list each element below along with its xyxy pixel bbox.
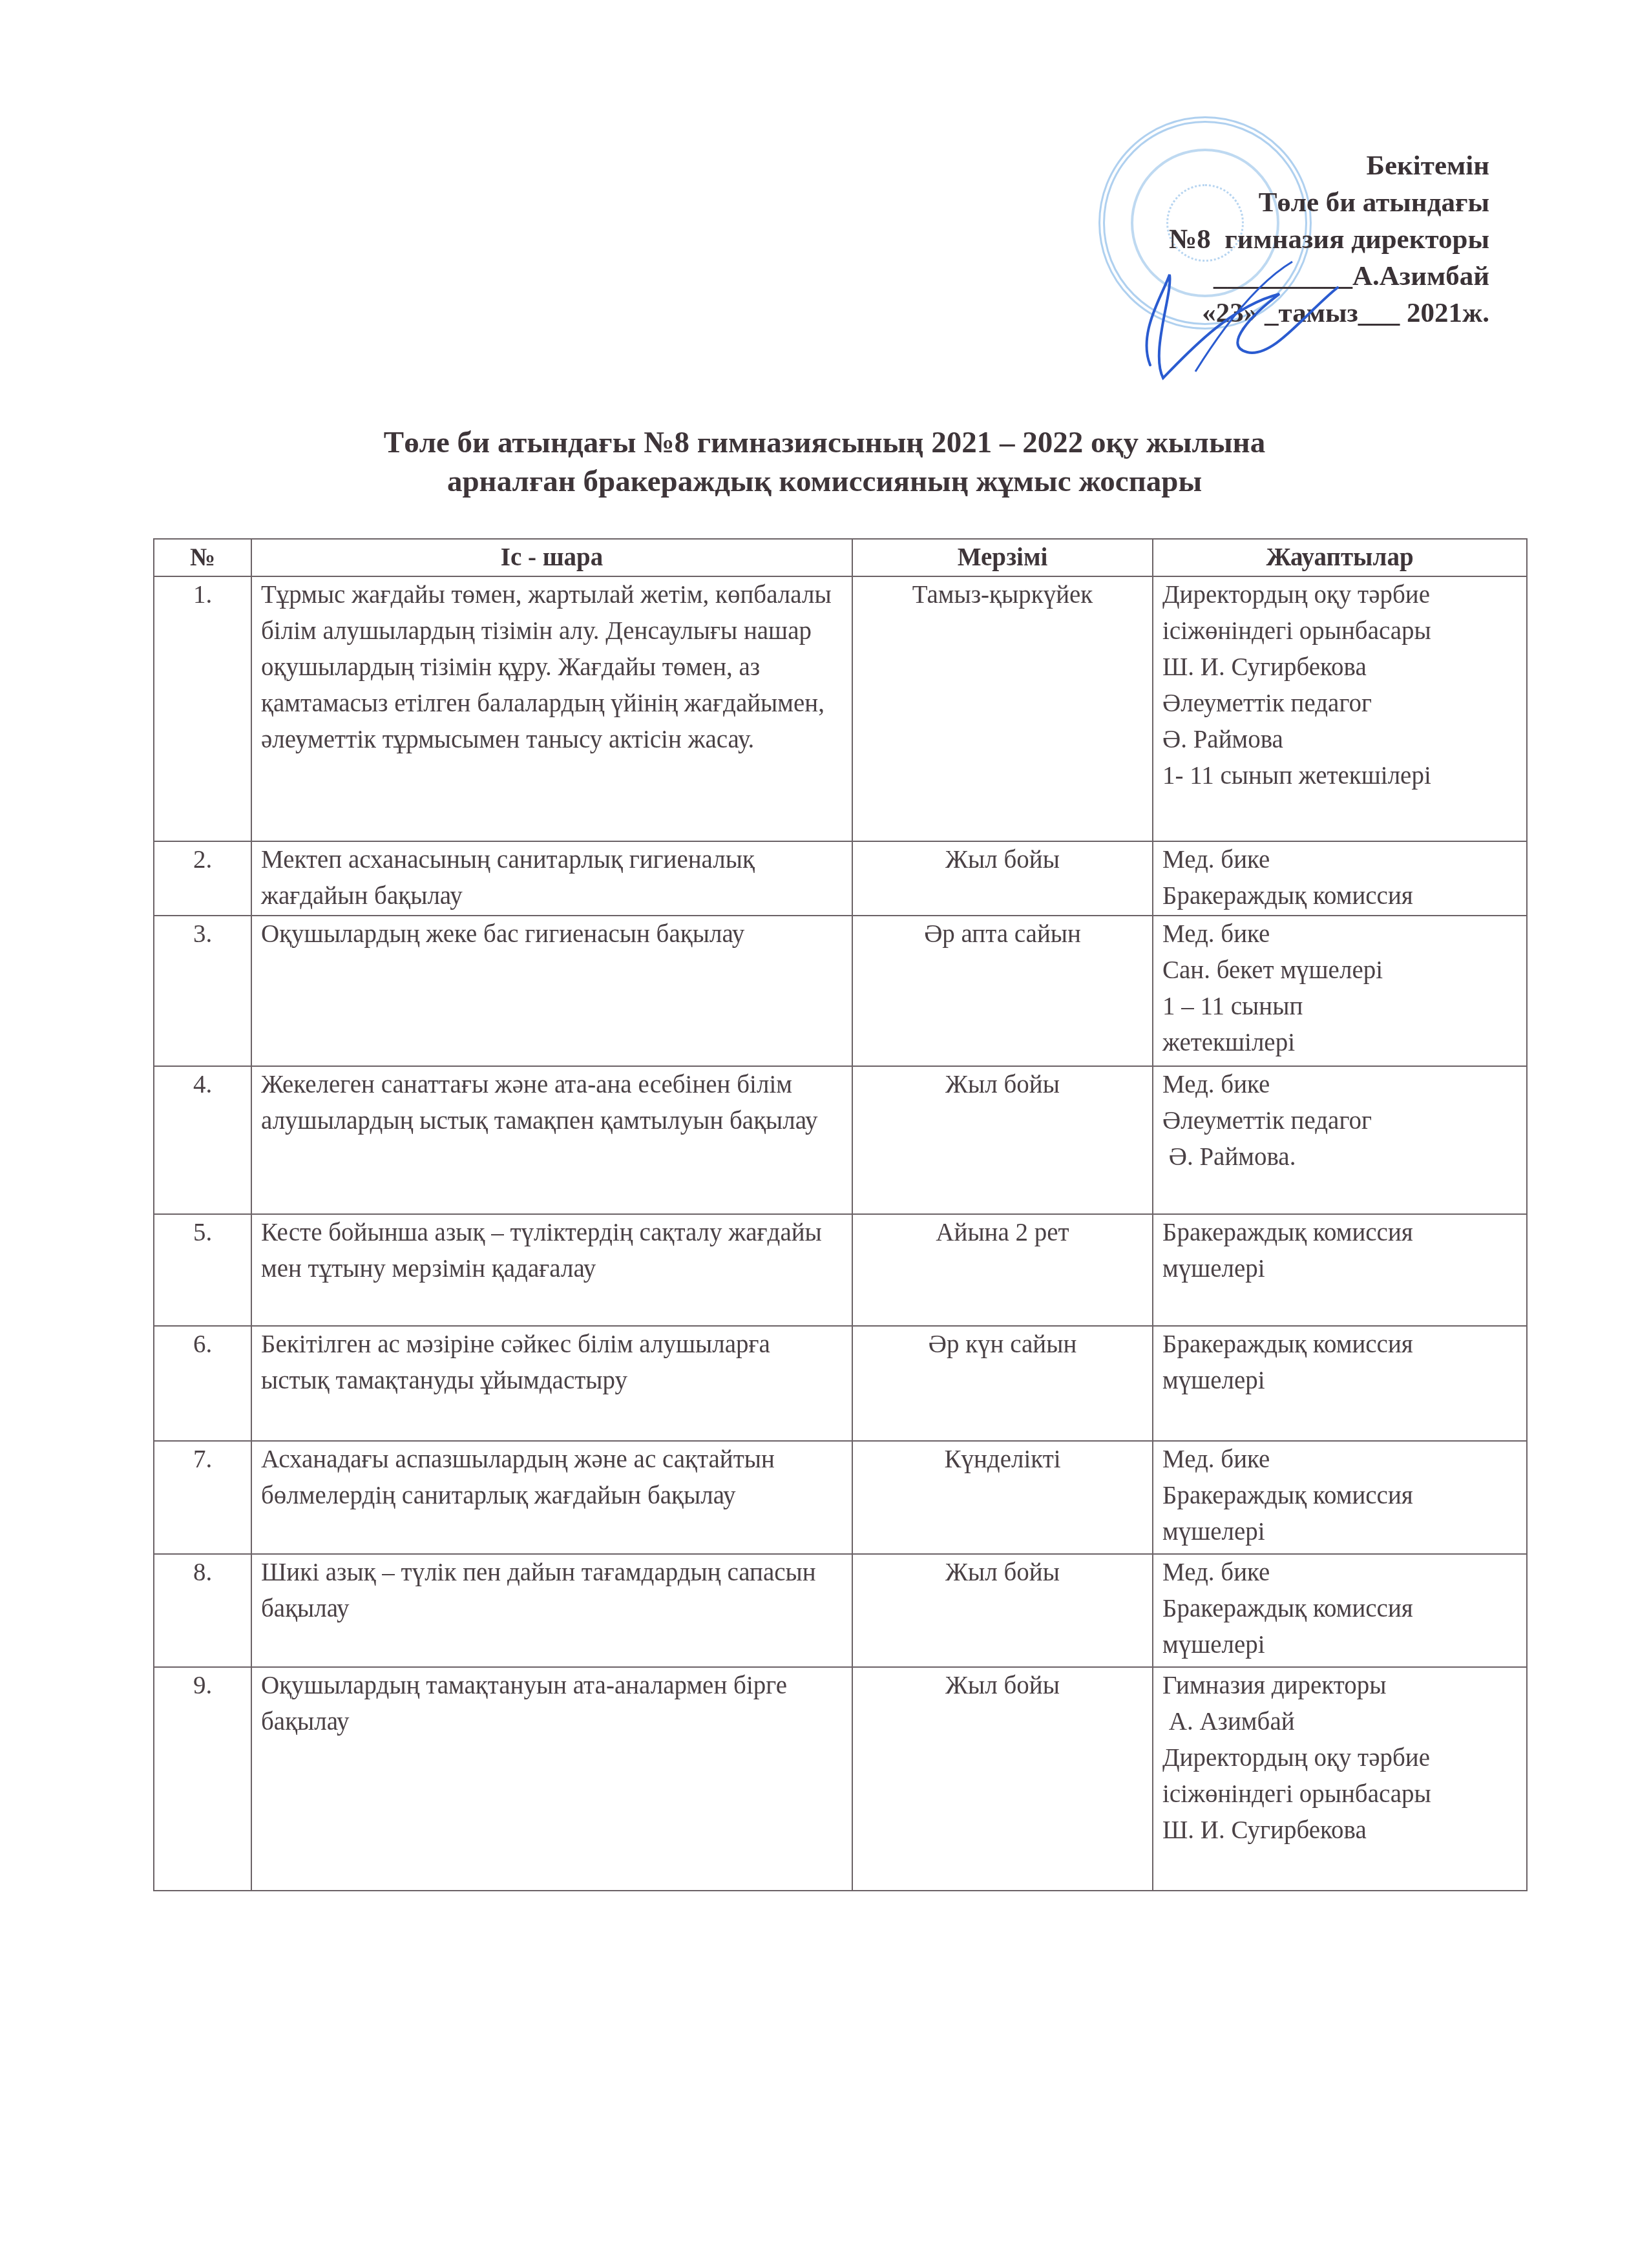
row-responsible: Мед. бикеБракераждық комиссиямүшелері: [1153, 1554, 1527, 1667]
row-activity: Оқушылардың тамақтануын ата-аналармен бі…: [251, 1667, 852, 1891]
responsible-line: мүшелері: [1162, 1363, 1517, 1399]
responsible-line: ісіжөніндегі орынбасары: [1162, 613, 1517, 649]
header-term: Мерзімі: [852, 539, 1153, 576]
table-row: 1.Тұрмыс жағдайы төмен, жартылай жетім, …: [154, 576, 1527, 841]
row-activity: Кесте бойынша азық – түліктердің сақталу…: [251, 1214, 852, 1326]
table-row: 4.Жекелеген санаттағы және ата-ана есебі…: [154, 1066, 1527, 1214]
signature-icon: [1124, 255, 1357, 384]
row-activity: Жекелеген санаттағы және ата-ана есебіне…: [251, 1066, 852, 1214]
header-responsible: Жауаптылар: [1153, 539, 1527, 576]
responsible-line: Бракераждық комиссия: [1162, 1215, 1517, 1251]
row-term: Жыл бойы: [852, 1554, 1153, 1667]
row-activity: Шикі азық – түлік пен дайын тағамдардың …: [251, 1554, 852, 1667]
row-number: 8.: [154, 1554, 251, 1667]
responsible-line: 1 – 11 сынып: [1162, 989, 1517, 1025]
responsible-line: Әлеуметтік педагог: [1162, 686, 1517, 722]
row-number: 2.: [154, 841, 251, 916]
responsible-line: Директордың оқу тәрбие: [1162, 1740, 1517, 1776]
row-responsible: Бракераждық комиссиямүшелері: [1153, 1214, 1527, 1326]
approval-line: №8 гимназия директоры: [1169, 221, 1489, 258]
header-activity: Іс - шара: [251, 539, 852, 576]
table-row: 3.Оқушылардың жеке бас гигиенасын бақыла…: [154, 916, 1527, 1066]
responsible-line: Әлеуметтік педагог: [1162, 1103, 1517, 1139]
responsible-line: Бракераждық комиссия: [1162, 878, 1517, 914]
responsible-line: А. Азимбай: [1162, 1704, 1517, 1740]
row-responsible: Директордың оқу тәрбиеісіжөніндегі орынб…: [1153, 576, 1527, 841]
title-line-1: Төле би атындағы №8 гимназиясының 2021 –…: [0, 423, 1649, 462]
responsible-line: 1- 11 сынып жетекшілері: [1162, 758, 1517, 794]
responsible-line: Мед. бике: [1162, 1067, 1517, 1103]
table-row: 5.Кесте бойынша азық – түліктердің сақта…: [154, 1214, 1527, 1326]
responsible-line: Мед. бике: [1162, 842, 1517, 878]
row-term: Әр күн сайын: [852, 1326, 1153, 1441]
table-row: 8.Шикі азық – түлік пен дайын тағамдарды…: [154, 1554, 1527, 1667]
row-responsible: Мед. бикеБракераждық комиссия: [1153, 841, 1527, 916]
responsible-line: ісіжөніндегі орынбасары: [1162, 1776, 1517, 1812]
row-activity: Тұрмыс жағдайы төмен, жартылай жетім, кө…: [251, 576, 852, 841]
header-number: №: [154, 539, 251, 576]
responsible-line: мүшелері: [1162, 1627, 1517, 1663]
row-term: Айына 2 рет: [852, 1214, 1153, 1326]
row-number: 6.: [154, 1326, 251, 1441]
row-number: 5.: [154, 1214, 251, 1326]
document-title: Төле би атындағы №8 гимназиясының 2021 –…: [0, 423, 1649, 501]
responsible-line: Мед. бике: [1162, 1555, 1517, 1591]
row-responsible: Мед. бикеБракераждық комиссиямүшелері: [1153, 1441, 1527, 1554]
row-responsible: Бракераждық комиссиямүшелері: [1153, 1326, 1527, 1441]
table-row: 6.Бекітілген ас мәзіріне сәйкес білім ал…: [154, 1326, 1527, 1441]
responsible-line: Бракераждық комиссия: [1162, 1591, 1517, 1627]
approval-line: Бекітемін: [1169, 147, 1489, 184]
row-activity: Мектеп асханасының санитарлық гигиеналық…: [251, 841, 852, 916]
row-number: 1.: [154, 576, 251, 841]
responsible-line: Сан. бекет мүшелері: [1162, 952, 1517, 989]
title-line-2: арналған бракераждық комиссияның жұмыс ж…: [0, 462, 1649, 501]
responsible-line: Ш. И. Сугирбекова: [1162, 649, 1517, 686]
responsible-line: мүшелері: [1162, 1514, 1517, 1550]
responsible-line: Ә. Раймова: [1162, 722, 1517, 758]
responsible-line: мүшелері: [1162, 1251, 1517, 1287]
row-responsible: Гимназия директоры А. АзимбайДиректордың…: [1153, 1667, 1527, 1891]
row-activity: Бекітілген ас мәзіріне сәйкес білім алуш…: [251, 1326, 852, 1441]
row-number: 7.: [154, 1441, 251, 1554]
row-term: Жыл бойы: [852, 1667, 1153, 1891]
table-header-row: № Іс - шара Мерзімі Жауаптылар: [154, 539, 1527, 576]
row-activity: Асханадағы аспазшылардың және ас сақтайт…: [251, 1441, 852, 1554]
row-activity: Оқушылардың жеке бас гигиенасын бақылау: [251, 916, 852, 1066]
table-row: 7.Асханадағы аспазшылардың және ас сақта…: [154, 1441, 1527, 1554]
row-term: Жыл бойы: [852, 841, 1153, 916]
work-plan-table: № Іс - шара Мерзімі Жауаптылар 1.Тұрмыс …: [153, 538, 1528, 1891]
responsible-line: Ш. И. Сугирбекова: [1162, 1812, 1517, 1849]
responsible-line: Мед. бике: [1162, 916, 1517, 952]
row-term: Жыл бойы: [852, 1066, 1153, 1214]
responsible-line: Гимназия директоры: [1162, 1668, 1517, 1704]
responsible-line: Мед. бике: [1162, 1442, 1517, 1478]
row-number: 9.: [154, 1667, 251, 1891]
responsible-line: Директордың оқу тәрбие: [1162, 577, 1517, 613]
row-term: Тамыз-қыркүйек: [852, 576, 1153, 841]
responsible-line: Бракераждық комиссия: [1162, 1478, 1517, 1514]
responsible-line: Бракераждық комиссия: [1162, 1327, 1517, 1363]
row-number: 3.: [154, 916, 251, 1066]
table-row: 2.Мектеп асханасының санитарлық гигиенал…: [154, 841, 1527, 916]
row-number: 4.: [154, 1066, 251, 1214]
row-responsible: Мед. бикеСан. бекет мүшелері1 – 11 сынып…: [1153, 916, 1527, 1066]
approval-line: Төле би атындағы: [1169, 184, 1489, 221]
responsible-line: жетекшілері: [1162, 1025, 1517, 1061]
row-term: Күнделікті: [852, 1441, 1153, 1554]
table-row: 9.Оқушылардың тамақтануын ата-аналармен …: [154, 1667, 1527, 1891]
row-responsible: Мед. бикеӘлеуметтік педагог Ә. Раймова.: [1153, 1066, 1527, 1214]
responsible-line: Ә. Раймова.: [1162, 1139, 1517, 1175]
row-term: Әр апта сайын: [852, 916, 1153, 1066]
